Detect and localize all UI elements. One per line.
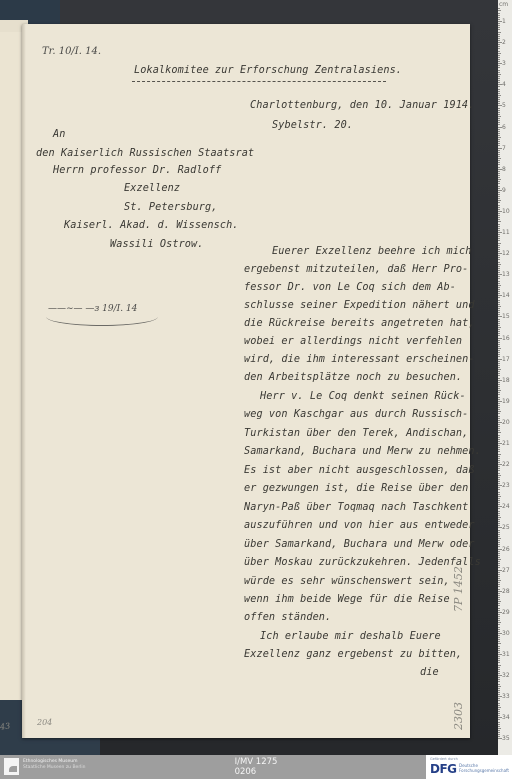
addressee-line: St. Petersburg, bbox=[124, 202, 218, 213]
ruler-label: 6 bbox=[502, 124, 506, 131]
addressee-line: Wassili Ostrow. bbox=[110, 239, 204, 250]
ruler-tick bbox=[498, 610, 500, 611]
ruler-tick bbox=[498, 266, 500, 267]
ruler-tick bbox=[498, 662, 500, 663]
ruler-tick bbox=[498, 202, 500, 203]
ruler-tick bbox=[498, 78, 500, 79]
ruler-tick bbox=[498, 660, 500, 661]
ruler-tick bbox=[498, 698, 500, 699]
ruler-tick bbox=[498, 221, 501, 222]
ruler-tick bbox=[498, 304, 500, 305]
ruler-tick bbox=[498, 154, 500, 155]
ruler-label: 28 bbox=[502, 588, 510, 595]
ruler-tick bbox=[498, 639, 500, 640]
ruler-tick bbox=[498, 101, 500, 102]
ruler-tick bbox=[498, 118, 500, 119]
ruler-tick bbox=[498, 595, 500, 596]
ruler-tick bbox=[498, 375, 500, 376]
ruler-tick bbox=[498, 616, 500, 617]
ruler-tick bbox=[498, 36, 500, 37]
body-line: wobei er allerdings nicht verfehlen bbox=[244, 336, 462, 347]
page-pencil-number: 204 bbox=[37, 718, 52, 727]
addressee-line: Exzellenz bbox=[124, 183, 180, 194]
ruler-tick bbox=[498, 82, 500, 83]
ruler-tick bbox=[498, 93, 500, 94]
ruler-tick bbox=[498, 268, 500, 269]
ruler-tick bbox=[498, 72, 500, 73]
ruler-tick bbox=[498, 399, 500, 400]
ruler-tick bbox=[498, 734, 500, 735]
ruler-tick bbox=[498, 25, 500, 26]
ruler-tick bbox=[498, 259, 500, 260]
ruler-tick bbox=[498, 95, 501, 96]
ruler-tick bbox=[498, 308, 500, 309]
ruler-tick bbox=[498, 578, 500, 579]
ruler-tick bbox=[498, 667, 500, 668]
ruler-tick bbox=[498, 27, 500, 28]
ruler-tick bbox=[498, 435, 500, 436]
ruler-tick bbox=[498, 456, 500, 457]
ruler-tick bbox=[498, 283, 500, 284]
ruler-tick bbox=[498, 67, 500, 68]
ruler-tick bbox=[498, 394, 500, 395]
ruler-tick bbox=[498, 428, 500, 429]
ruler-tick bbox=[498, 432, 501, 433]
ruler-tick bbox=[498, 692, 500, 693]
ruler-tick bbox=[498, 500, 500, 501]
handwritten-receipt-note: ——∼— —з 19/I. 14 bbox=[48, 304, 137, 314]
ruler-tick bbox=[498, 80, 500, 81]
ruler-tick bbox=[498, 192, 500, 193]
ruler-tick bbox=[498, 314, 500, 315]
ruler-tick bbox=[498, 145, 500, 146]
ruler-tick bbox=[498, 603, 500, 604]
ruler-tick bbox=[498, 656, 500, 657]
ruler-tick bbox=[498, 686, 501, 687]
ruler-tick bbox=[498, 430, 500, 431]
ruler-tick bbox=[498, 445, 500, 446]
ruler-tick bbox=[498, 281, 500, 282]
ruler-tick bbox=[498, 707, 501, 708]
ruler-label: 35 bbox=[502, 735, 510, 742]
scan-area: 43 Tr. 10/I. 14. Lokalkomitee zur Erfors… bbox=[0, 0, 512, 755]
ruler-tick bbox=[498, 335, 500, 336]
ruler-tick bbox=[498, 257, 500, 258]
ruler-tick bbox=[498, 59, 500, 60]
ruler-tick bbox=[498, 312, 500, 313]
ruler-tick bbox=[498, 139, 500, 140]
ruler-tick bbox=[498, 504, 500, 505]
ruler-tick bbox=[498, 475, 501, 476]
ruler-tick bbox=[498, 397, 500, 398]
ruler-tick bbox=[498, 517, 501, 518]
ruler-tick bbox=[498, 728, 501, 729]
ruler-tick bbox=[498, 255, 500, 256]
ruler-tick bbox=[498, 669, 500, 670]
body-line: Naryn-Paß über Toqmaq nach Taschkent bbox=[244, 502, 468, 513]
ruler-tick bbox=[498, 373, 500, 374]
ruler-tick bbox=[498, 580, 501, 581]
ruler-tick bbox=[498, 462, 500, 463]
ruler-tick bbox=[498, 348, 501, 349]
ruler-tick bbox=[498, 584, 500, 585]
ruler-tick bbox=[498, 162, 500, 163]
ruler-tick bbox=[498, 555, 500, 556]
margin-note-number: 2303 bbox=[452, 702, 465, 730]
ruler-label: 17 bbox=[502, 356, 510, 363]
ruler-tick bbox=[498, 534, 500, 535]
ruler-tick bbox=[498, 209, 500, 210]
ruler-tick bbox=[498, 116, 501, 117]
ruler-label: 5 bbox=[502, 102, 506, 109]
body-line: den Arbeitsplätze noch zu besuchen. bbox=[244, 372, 462, 383]
ruler-tick bbox=[498, 409, 500, 410]
ruler-tick bbox=[498, 293, 500, 294]
body-line: die bbox=[420, 667, 439, 678]
ruler-tick bbox=[498, 530, 500, 531]
ruler-tick bbox=[498, 226, 500, 227]
ruler-tick bbox=[498, 629, 500, 630]
ruler-tick bbox=[498, 521, 500, 522]
ruler-tick bbox=[498, 141, 500, 142]
ruler-tick bbox=[498, 331, 500, 332]
ruler-tick bbox=[498, 449, 500, 450]
ruler-tick bbox=[498, 289, 500, 290]
ruler-tick bbox=[498, 124, 500, 125]
ruler-tick bbox=[498, 378, 500, 379]
ruler-tick bbox=[498, 133, 500, 134]
ruler-tick bbox=[498, 196, 500, 197]
ruler-tick bbox=[498, 65, 500, 66]
ruler-label: 30 bbox=[502, 630, 510, 637]
ruler-tick bbox=[498, 333, 500, 334]
body-line: Ich erlaube mir deshalb Euere bbox=[260, 631, 441, 642]
ruler-tick bbox=[498, 46, 500, 47]
ruler-tick bbox=[498, 319, 500, 320]
ruler-tick bbox=[498, 40, 500, 41]
ruler-tick bbox=[498, 219, 500, 220]
ruler-tick bbox=[498, 589, 500, 590]
ruler-tick bbox=[498, 29, 500, 30]
ruler-tick bbox=[498, 416, 500, 417]
ruler-tick bbox=[498, 310, 500, 311]
ruler-tick bbox=[498, 390, 501, 391]
ruler-tick bbox=[498, 70, 500, 71]
ruler-tick bbox=[498, 532, 500, 533]
place-date: Charlottenburg, den 10. Januar 1914. bbox=[250, 100, 474, 111]
ruler-label: 16 bbox=[502, 335, 510, 342]
ruler-tick bbox=[498, 19, 500, 20]
ruler-tick bbox=[498, 89, 500, 90]
ruler-tick bbox=[498, 582, 500, 583]
funded-by-label: Gefördert durch bbox=[430, 757, 458, 761]
ruler-tick bbox=[498, 620, 500, 621]
ruler-tick bbox=[498, 635, 500, 636]
ruler-tick bbox=[498, 561, 500, 562]
ruler-tick bbox=[498, 715, 500, 716]
ruler-tick bbox=[498, 91, 500, 92]
ruler-tick bbox=[498, 213, 500, 214]
ruler-label: 9 bbox=[502, 187, 506, 194]
ruler-tick bbox=[498, 103, 500, 104]
ruler-tick bbox=[498, 648, 500, 649]
ruler-tick bbox=[498, 688, 500, 689]
ruler-tick bbox=[498, 473, 500, 474]
ruler-tick bbox=[498, 247, 500, 248]
ruler-tick bbox=[498, 173, 500, 174]
ruler-tick bbox=[498, 614, 500, 615]
ruler-tick bbox=[498, 719, 500, 720]
body-line: Turkistan über den Terek, Andischan, bbox=[244, 428, 468, 439]
ruler-tick bbox=[498, 502, 500, 503]
ruler-tick bbox=[498, 679, 500, 680]
body-line: wird, die ihm interessant erscheinen- bbox=[244, 354, 475, 365]
ruler-tick bbox=[498, 143, 500, 144]
ruler-tick bbox=[498, 705, 500, 706]
ruler-tick bbox=[498, 361, 500, 362]
ruler-label: 10 bbox=[502, 208, 510, 215]
ruler-tick bbox=[498, 181, 500, 182]
ruler-tick bbox=[498, 565, 500, 566]
ruler-label: 19 bbox=[502, 398, 510, 405]
ruler-label: 23 bbox=[502, 482, 510, 489]
ruler-label: 26 bbox=[502, 546, 510, 553]
ruler-tick bbox=[498, 297, 500, 298]
ruler-tick bbox=[498, 637, 500, 638]
shelfmark: I/MV 1275 0206 bbox=[235, 757, 278, 777]
ruler-label: 13 bbox=[502, 271, 510, 278]
ruler-tick bbox=[498, 302, 500, 303]
ruler-tick bbox=[498, 673, 500, 674]
body-line: er gezwungen ist, die Reise über den bbox=[244, 483, 468, 494]
ruler-tick bbox=[498, 135, 500, 136]
ruler-tick bbox=[498, 563, 500, 564]
ruler-tick bbox=[498, 13, 500, 14]
ruler-tick bbox=[498, 627, 500, 628]
ruler-tick bbox=[498, 291, 500, 292]
ruler-tick bbox=[498, 53, 501, 54]
ruler-tick bbox=[498, 205, 500, 206]
ruler-tick bbox=[498, 599, 500, 600]
ruler-tick bbox=[498, 215, 500, 216]
body-line: Exzellenz ganz ergebenst zu bitten, bbox=[244, 649, 462, 660]
ruler-tick bbox=[498, 658, 500, 659]
ruler-tick bbox=[498, 605, 500, 606]
body-line: schlusse seiner Expedition nähert und bbox=[244, 300, 475, 311]
ruler-tick bbox=[498, 350, 500, 351]
ruler-tick bbox=[498, 479, 500, 480]
ruler-tick bbox=[498, 641, 500, 642]
ruler-tick bbox=[498, 420, 500, 421]
ruler-tick bbox=[498, 175, 500, 176]
ruler-tick bbox=[498, 321, 500, 322]
ruler-tick bbox=[498, 713, 500, 714]
ruler-tick bbox=[498, 559, 501, 560]
ruler-tick bbox=[498, 23, 500, 24]
ruler-tick bbox=[498, 48, 500, 49]
ruler-tick bbox=[498, 131, 500, 132]
ruler-tick bbox=[498, 466, 500, 467]
shelfmark-page: 0206 bbox=[235, 767, 278, 777]
letterhead-title: Lokalkomitee zur Erforschung Zentralasie… bbox=[134, 65, 402, 76]
ruler-tick bbox=[498, 481, 500, 482]
ruler-tick bbox=[498, 458, 500, 459]
ruler-tick bbox=[498, 158, 501, 159]
ruler-tick bbox=[498, 51, 500, 52]
ruler-label: 3 bbox=[502, 60, 506, 67]
ruler-tick bbox=[498, 567, 500, 568]
dfg-logo-icon: DFG bbox=[430, 762, 457, 776]
ruler-tick bbox=[498, 483, 500, 484]
ruler-tick bbox=[498, 122, 500, 123]
ruler-tick bbox=[498, 74, 501, 75]
ruler-tick bbox=[498, 186, 500, 187]
ruler-label: 8 bbox=[502, 166, 506, 173]
ruler-tick bbox=[498, 684, 500, 685]
ruler-tick bbox=[498, 329, 500, 330]
ruler-tick bbox=[498, 264, 501, 265]
ruler-tick bbox=[498, 386, 500, 387]
ruler-tick bbox=[498, 156, 500, 157]
ruler-label: 7 bbox=[502, 145, 506, 152]
ruler-label: 1 bbox=[502, 18, 506, 25]
ruler-tick bbox=[498, 57, 500, 58]
ruler-tick bbox=[498, 150, 500, 151]
ruler-tick bbox=[498, 230, 500, 231]
ruler-tick bbox=[498, 99, 500, 100]
ruler-label: 33 bbox=[502, 693, 510, 700]
ruler-tick bbox=[498, 426, 500, 427]
ruler-tick bbox=[498, 356, 500, 357]
ruler-tick bbox=[498, 665, 501, 666]
body-line: die Rückreise bereits angetreten hat, bbox=[244, 318, 475, 329]
ruler-tick bbox=[498, 437, 500, 438]
ruler-tick bbox=[498, 365, 500, 366]
ruler-tick bbox=[498, 557, 500, 558]
ruler-tick bbox=[498, 207, 500, 208]
ruler-tick bbox=[498, 179, 501, 180]
ruler-tick bbox=[498, 538, 501, 539]
ruler-tick bbox=[498, 167, 500, 168]
ruler-label: 31 bbox=[502, 651, 510, 658]
body-line: über Moskau zurückzukehren. Jedenfalls bbox=[244, 557, 481, 568]
ruler-tick bbox=[498, 508, 500, 509]
body-line: wenn ihm beide Wege für die Reise bbox=[244, 594, 450, 605]
ruler-tick bbox=[498, 736, 500, 737]
ruler-tick bbox=[498, 454, 501, 455]
letterhead-underline bbox=[132, 81, 386, 82]
ruler-tick bbox=[498, 709, 500, 710]
ruler-tick bbox=[498, 217, 500, 218]
ruler-tick bbox=[498, 285, 501, 286]
ruler-tick bbox=[498, 325, 500, 326]
ruler-tick bbox=[498, 97, 500, 98]
ruler-tick bbox=[498, 137, 501, 138]
ruler-tick bbox=[498, 468, 500, 469]
ruler-tick bbox=[498, 441, 500, 442]
ruler-tick bbox=[498, 732, 500, 733]
ruler-tick bbox=[498, 407, 500, 408]
ruler-tick bbox=[498, 424, 500, 425]
ruler-tick bbox=[498, 238, 500, 239]
ruler-tick bbox=[498, 601, 501, 602]
ruler-tick bbox=[498, 671, 500, 672]
ruler-tick bbox=[498, 200, 501, 201]
ruler-tick bbox=[498, 624, 500, 625]
dfg-fullname: Deutsche Forschungsgemeinschaft bbox=[459, 763, 509, 773]
ruler-tick bbox=[498, 17, 500, 18]
ruler-label: 11 bbox=[502, 229, 510, 236]
ruler-tick bbox=[498, 363, 500, 364]
ruler-tick bbox=[498, 542, 500, 543]
ruler-tick bbox=[498, 418, 500, 419]
ruler-tick bbox=[498, 382, 500, 383]
ruler-tick bbox=[498, 76, 500, 77]
page-edge-shadow bbox=[22, 24, 26, 738]
ruler-tick bbox=[498, 287, 500, 288]
body-line: auszuführen und von hier aus entweder bbox=[244, 520, 475, 531]
body-line: über Samarkand, Buchara und Merw oder bbox=[244, 539, 475, 550]
ruler-tick bbox=[498, 515, 500, 516]
ruler-label: 34 bbox=[502, 714, 510, 721]
ruler-label: 2 bbox=[502, 39, 506, 46]
body-line: würde es sehr wünschenswert sein, bbox=[244, 576, 450, 587]
institution-subname: Staatliche Museen zu Berlin bbox=[23, 765, 86, 771]
dfg-name-line: Forschungsgemeinschaft bbox=[459, 768, 509, 773]
ruler-unit-label: cm bbox=[499, 1, 508, 8]
ruler-tick bbox=[498, 278, 500, 279]
ruler-tick bbox=[498, 276, 500, 277]
ruler-tick bbox=[498, 160, 500, 161]
ruler-tick bbox=[498, 8, 500, 9]
ruler-tick bbox=[498, 724, 500, 725]
ruler-tick bbox=[498, 447, 500, 448]
ruler-tick bbox=[498, 546, 500, 547]
ruler-label: 21 bbox=[502, 440, 510, 447]
ruler-tick bbox=[498, 342, 500, 343]
ruler-label: 12 bbox=[502, 250, 510, 257]
ruler-tick bbox=[498, 152, 500, 153]
ruler-tick bbox=[498, 86, 500, 87]
ruler-tick bbox=[498, 224, 500, 225]
ruler-tick bbox=[498, 460, 500, 461]
ruler-tick bbox=[498, 511, 500, 512]
ruler-tick bbox=[498, 677, 500, 678]
ruler-tick bbox=[498, 371, 500, 372]
ruler-tick bbox=[498, 576, 500, 577]
ruler-tick bbox=[498, 551, 500, 552]
ruler-tick bbox=[498, 164, 500, 165]
ruler-tick bbox=[498, 110, 500, 111]
ruler-tick bbox=[498, 496, 501, 497]
ruler-tick bbox=[498, 384, 500, 385]
ruler-tick bbox=[498, 519, 500, 520]
ruler-tick bbox=[498, 730, 500, 731]
ruler-tick bbox=[498, 249, 500, 250]
ruler-tick bbox=[498, 553, 500, 554]
ruler-label: 4 bbox=[502, 81, 506, 88]
ruler-tick bbox=[498, 367, 500, 368]
ruler-tick bbox=[498, 236, 500, 237]
ruler-tick bbox=[498, 120, 500, 121]
margin-inventory-number: 7P 1452 bbox=[452, 566, 465, 612]
ruler-tick bbox=[498, 352, 500, 353]
ruler-tick bbox=[498, 711, 500, 712]
ruler-tick bbox=[498, 323, 500, 324]
ruler-tick bbox=[498, 646, 500, 647]
dfg-funding-badge: Gefördert durch DFG Deutsche Forschungsg… bbox=[426, 755, 512, 779]
ruler-tick bbox=[498, 523, 500, 524]
